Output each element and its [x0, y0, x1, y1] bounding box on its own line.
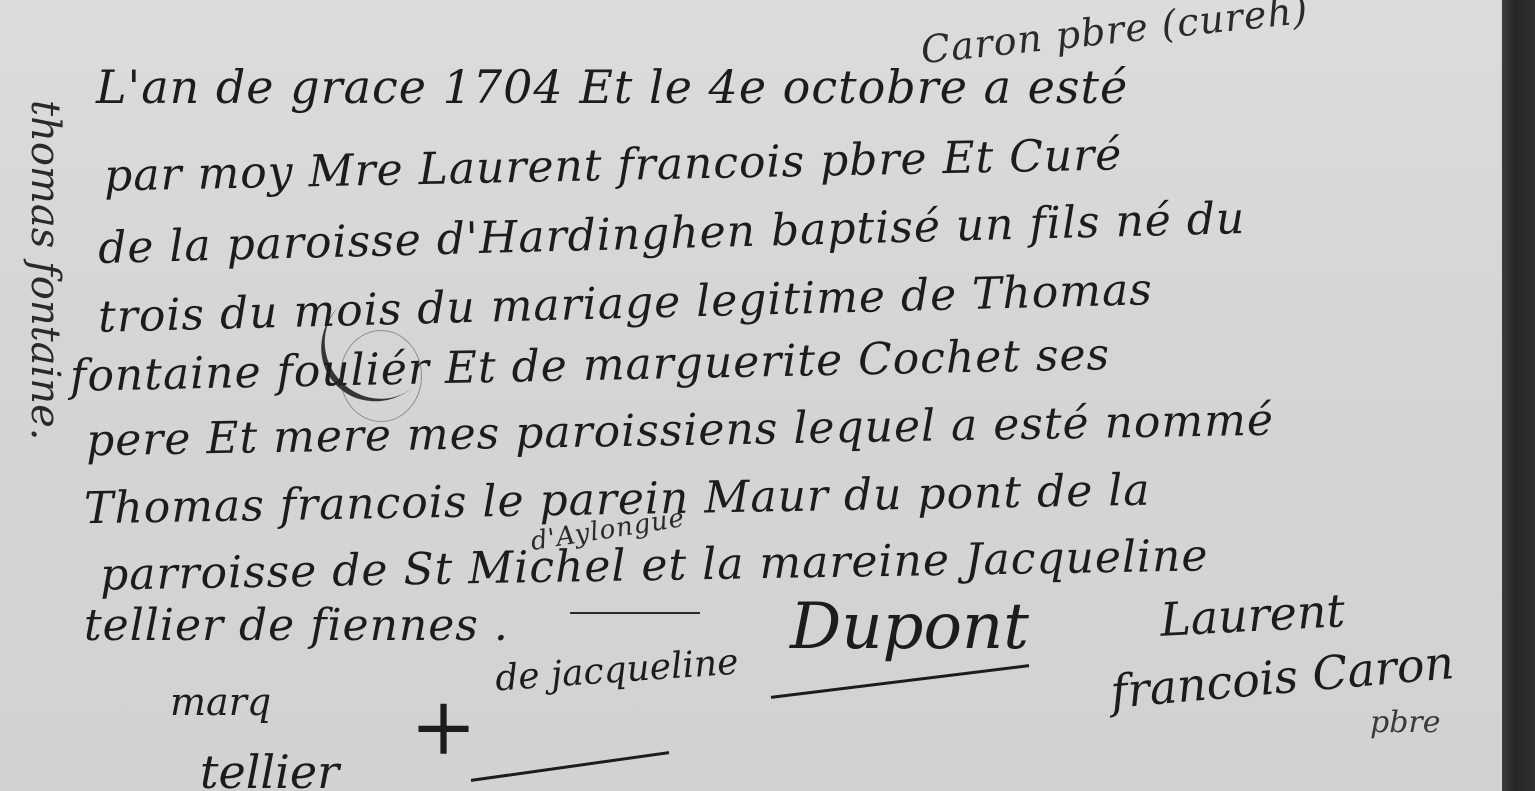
entry-line-9: tellier de fiennes .: [84, 600, 509, 651]
margin-note-name: thomas fontaine.: [22, 100, 68, 440]
line-filler-stroke: [570, 612, 700, 614]
signature-laurent: Laurent: [1159, 583, 1346, 647]
entry-line-1: L'an de grace 1704 Et le 4e octobre a es…: [96, 60, 1128, 114]
signature-dupont: Dupont: [790, 590, 1029, 664]
signature-tellier: tellier: [200, 745, 339, 791]
cross-mark-icon: +: [410, 680, 477, 773]
signature-title-pbre: pbre: [1370, 705, 1441, 740]
mark-label: marq: [170, 680, 271, 724]
binding-edge: [1502, 0, 1535, 791]
ink-bleed-circle: [340, 330, 422, 422]
